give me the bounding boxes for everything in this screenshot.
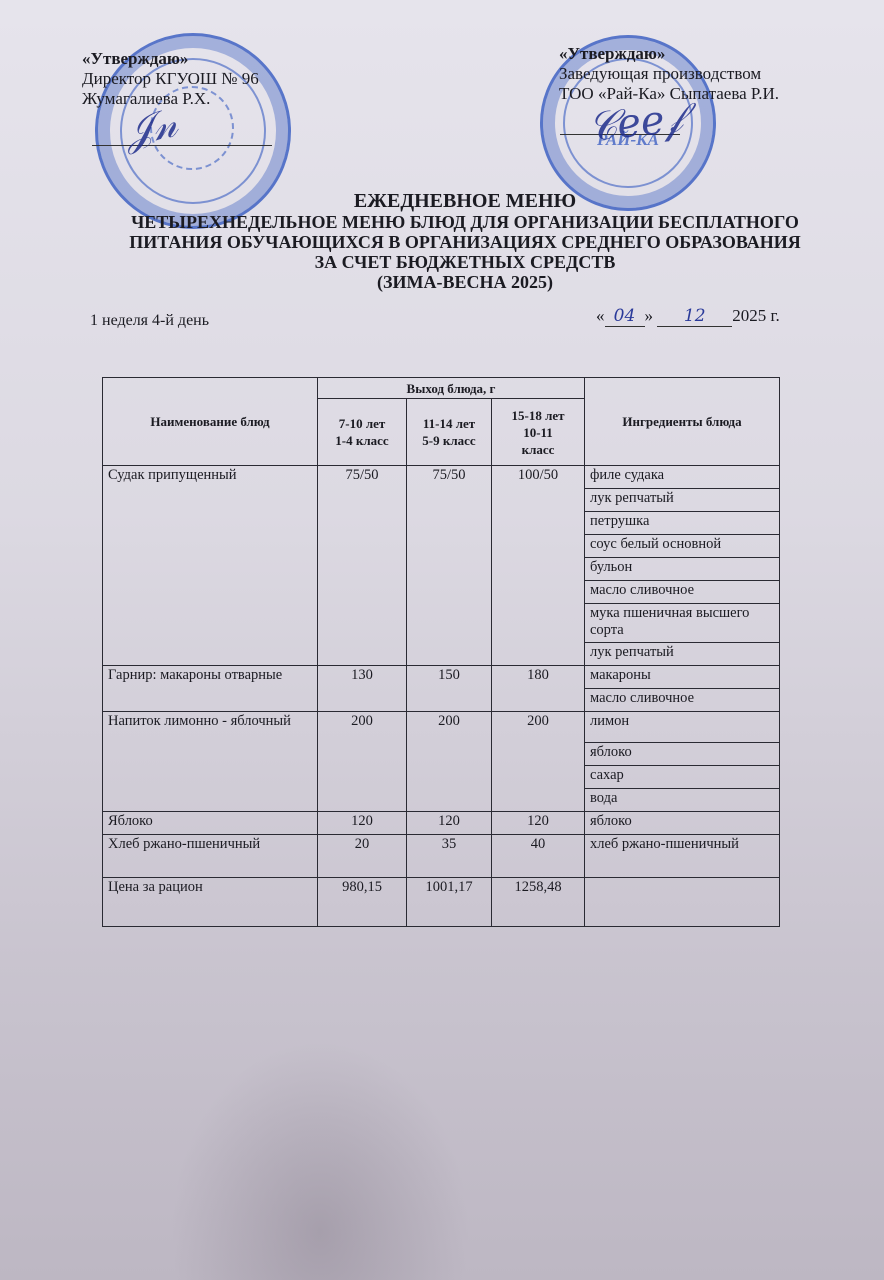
ingredient: соус белый основной xyxy=(585,535,780,558)
ingredient: бульон xyxy=(585,558,780,581)
yield-value: 180 xyxy=(492,666,585,712)
price-label: Цена за рацион xyxy=(103,878,318,927)
price-empty xyxy=(585,878,780,927)
approval-block-right: «Утверждаю» Заведующая производством ТОО… xyxy=(559,44,779,104)
quote: » xyxy=(645,306,654,325)
ingredient: масло сливочное xyxy=(585,581,780,604)
title-line: (ЗИМА-ВЕСНА 2025) xyxy=(95,272,835,292)
title-line: ПИТАНИЯ ОБУЧАЮЩИХСЯ В ОРГАНИЗАЦИЯХ СРЕДН… xyxy=(95,232,835,252)
ingredient: масло сливочное xyxy=(585,689,780,712)
header-ingredients: Ингредиенты блюда xyxy=(585,378,780,466)
date: «04» 122025 г. xyxy=(596,306,780,327)
approval-label: «Утверждаю» xyxy=(559,44,779,64)
table-row: Гарнир: макароны отварные 130 150 180 ма… xyxy=(103,666,780,689)
ingredient: лук репчатый xyxy=(585,643,780,666)
ingredient: сахар xyxy=(585,766,780,789)
ingredient: яблоко xyxy=(585,812,780,835)
date-month: 12 xyxy=(657,306,732,327)
table-row: Хлеб ржано-пшеничный 20 35 40 хлеб ржано… xyxy=(103,835,780,878)
header-age-1: 7-10 лет1-4 класс xyxy=(318,399,407,466)
date-day: 04 xyxy=(605,306,645,327)
dish-name: Судак припущенный xyxy=(103,466,318,666)
quote: « xyxy=(596,306,605,325)
ingredient: лук репчатый xyxy=(585,489,780,512)
approval-position: Заведующая производством xyxy=(559,64,779,84)
header-dish-name: Наименование блюд xyxy=(103,378,318,466)
yield-value: 75/50 xyxy=(407,466,492,666)
ingredient: петрушка xyxy=(585,512,780,535)
ingredient: хлеб ржано-пшеничный xyxy=(585,835,780,878)
header-age-3: 15-18 лет10-11класс xyxy=(492,399,585,466)
yield-value: 150 xyxy=(407,666,492,712)
yield-value: 130 xyxy=(318,666,407,712)
table-row: Судак припущенный 75/50 75/50 100/50 фил… xyxy=(103,466,780,489)
ingredient: мука пшеничная высшего сорта xyxy=(585,604,780,643)
yield-value: 40 xyxy=(492,835,585,878)
price-value: 1001,17 xyxy=(407,878,492,927)
menu-table: Наименование блюд Выход блюда, г Ингреди… xyxy=(102,377,780,927)
ingredient: яблоко xyxy=(585,743,780,766)
yield-value: 200 xyxy=(492,712,585,812)
table-row: Напиток лимонно - яблочный 200 200 200 л… xyxy=(103,712,780,743)
yield-value: 120 xyxy=(407,812,492,835)
header-yield: Выход блюда, г xyxy=(318,378,585,399)
dish-name: Хлеб ржано-пшеничный xyxy=(103,835,318,878)
yield-value: 120 xyxy=(492,812,585,835)
ingredient: лимон xyxy=(585,712,780,743)
dish-name: Яблоко xyxy=(103,812,318,835)
dish-name: Гарнир: макароны отварные xyxy=(103,666,318,712)
week-day: 1 неделя 4-й день xyxy=(90,312,209,330)
header-age-2: 11-14 лет5-9 класс xyxy=(407,399,492,466)
price-value: 980,15 xyxy=(318,878,407,927)
document-title: ЕЖЕДНЕВНОЕ МЕНЮ ЧЕТЫРЕХНЕДЕЛЬНОЕ МЕНЮ БЛ… xyxy=(95,190,835,292)
price-row: Цена за рацион 980,15 1001,17 1258,48 xyxy=(103,878,780,927)
ingredient: филе судака xyxy=(585,466,780,489)
date-year: 2025 г. xyxy=(732,306,780,325)
price-value: 1258,48 xyxy=(492,878,585,927)
yield-value: 35 xyxy=(407,835,492,878)
signature-icon: 𝒞𝑒𝑒𝒻 xyxy=(586,95,685,151)
yield-value: 75/50 xyxy=(318,466,407,666)
approval-position: Директор КГУОШ № 96 xyxy=(82,69,259,89)
yield-value: 200 xyxy=(407,712,492,812)
title-main: ЕЖЕДНЕВНОЕ МЕНЮ xyxy=(95,190,835,212)
table-row: Яблоко 120 120 120 яблоко xyxy=(103,812,780,835)
approval-label: «Утверждаю» xyxy=(82,49,259,69)
shadow xyxy=(170,1040,470,1280)
ingredient: вода xyxy=(585,789,780,812)
yield-value: 100/50 xyxy=(492,466,585,666)
dish-name: Напиток лимонно - яблочный xyxy=(103,712,318,812)
yield-value: 120 xyxy=(318,812,407,835)
title-line: ЗА СЧЕТ БЮДЖЕТНЫХ СРЕДСТВ xyxy=(95,252,835,272)
ingredient: макароны xyxy=(585,666,780,689)
signature-line xyxy=(92,145,272,146)
yield-value: 200 xyxy=(318,712,407,812)
yield-value: 20 xyxy=(318,835,407,878)
title-line: ЧЕТЫРЕХНЕДЕЛЬНОЕ МЕНЮ БЛЮД ДЛЯ ОРГАНИЗАЦ… xyxy=(95,212,835,232)
